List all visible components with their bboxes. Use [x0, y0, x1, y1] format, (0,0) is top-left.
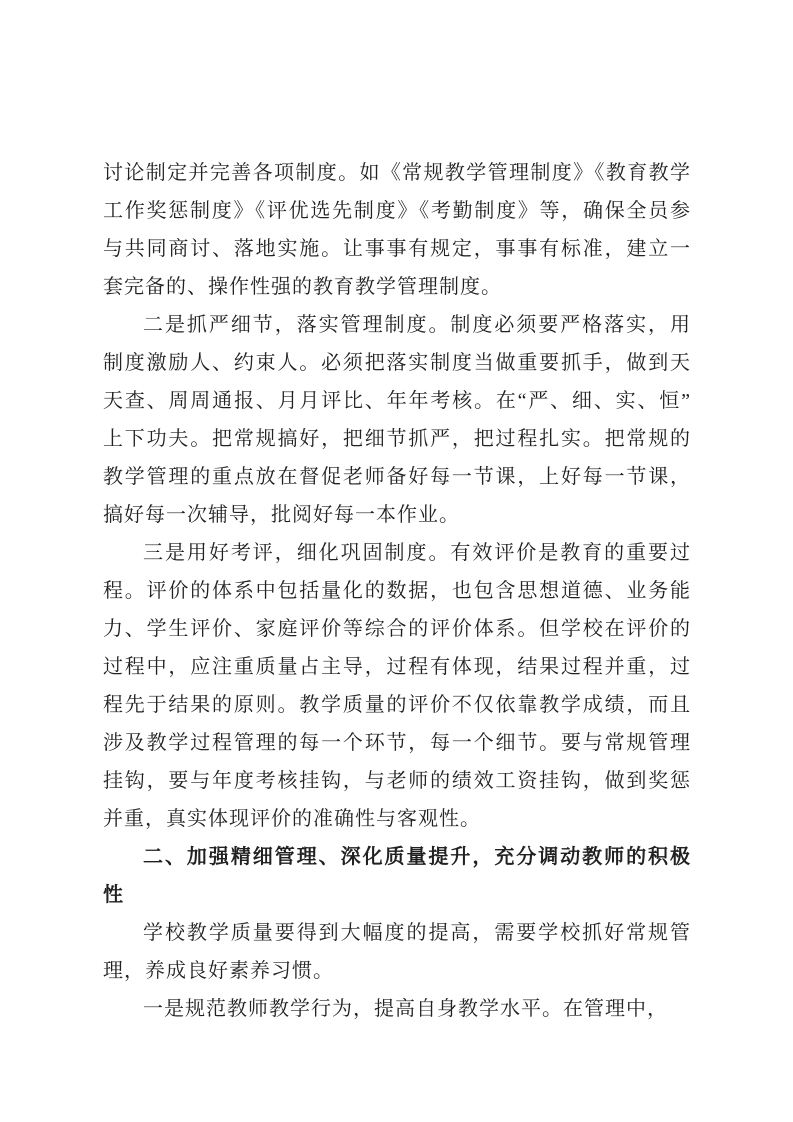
document-page: 讨论制定并完善各项制度。如《常规教学管理制度》《教育教学 工作奖惩制度》《评优选…	[0, 0, 793, 1122]
paragraph: 二是抓严细节，落实管理制度。制度必须要严格落实，用 制度激励人、约束人。必须把落…	[103, 306, 691, 534]
text-line: 一是规范教师教学行为，提高自身教学水平。在管理中，	[103, 990, 691, 1028]
paragraph: 讨论制定并完善各项制度。如《常规教学管理制度》《教育教学 工作奖惩制度》《评优选…	[103, 154, 691, 306]
text-line: 上下功夫。把常规搞好，把细节抓严，把过程扎实。把常规的	[103, 420, 691, 458]
text-line: 教学管理的重点放在督促老师备好每一节课，上好每一节课，	[103, 458, 691, 496]
text-line: 挂钩，要与年度考核挂钩，与老师的绩效工资挂钩，做到奖惩	[103, 762, 691, 800]
text-line: 理，养成良好素养习惯。	[103, 952, 691, 990]
paragraph: 学校教学质量要得到大幅度的提高，需要学校抓好常规管 理，养成良好素养习惯。	[103, 914, 691, 990]
text-line: 与共同商讨、落地实施。让事事有规定，事事有标准，建立一	[103, 230, 691, 268]
text-line: 涉及教学过程管理的每一个环节，每一个细节。要与常规管理	[103, 724, 691, 762]
text-line: 工作奖惩制度》《评优选先制度》《考勤制度》等，确保全员参	[103, 192, 691, 230]
text-line: 二是抓严细节，落实管理制度。制度必须要严格落实，用	[103, 306, 691, 344]
text-line: 三是用好考评，细化巩固制度。有效评价是教育的重要过	[103, 534, 691, 572]
section-heading: 二、加强精细管理、深化质量提升，充分调动教师的积极 性	[103, 838, 691, 914]
text-line: 力、学生评价、家庭评价等综合的评价体系。但学校在评价的	[103, 610, 691, 648]
text-line: 学校教学质量要得到大幅度的提高，需要学校抓好常规管	[103, 914, 691, 952]
text-line: 制度激励人、约束人。必须把落实制度当做重要抓手，做到天	[103, 344, 691, 382]
heading-line: 性	[103, 876, 691, 914]
paragraph: 一是规范教师教学行为，提高自身教学水平。在管理中，	[103, 990, 691, 1028]
text-line: 并重，真实体现评价的准确性与客观性。	[103, 800, 691, 838]
document-text-block: 讨论制定并完善各项制度。如《常规教学管理制度》《教育教学 工作奖惩制度》《评优选…	[103, 154, 691, 1028]
text-line: 程。评价的体系中包括量化的数据，也包含思想道德、业务能	[103, 572, 691, 610]
text-line: 套完备的、操作性强的教育教学管理制度。	[103, 268, 691, 306]
paragraph: 三是用好考评，细化巩固制度。有效评价是教育的重要过 程。评价的体系中包括量化的数…	[103, 534, 691, 838]
text-line: 搞好每一次辅导，批阅好每一本作业。	[103, 496, 691, 534]
text-line: 天查、周周通报、月月评比、年年考核。在“严、细、实、恒”	[103, 382, 691, 420]
text-line: 过程中，应注重质量占主导，过程有体现，结果过程并重，过	[103, 648, 691, 686]
text-line: 讨论制定并完善各项制度。如《常规教学管理制度》《教育教学	[103, 154, 691, 192]
heading-line: 二、加强精细管理、深化质量提升，充分调动教师的积极	[103, 838, 691, 876]
text-line: 程先于结果的原则。教学质量的评价不仅依靠教学成绩，而且	[103, 686, 691, 724]
